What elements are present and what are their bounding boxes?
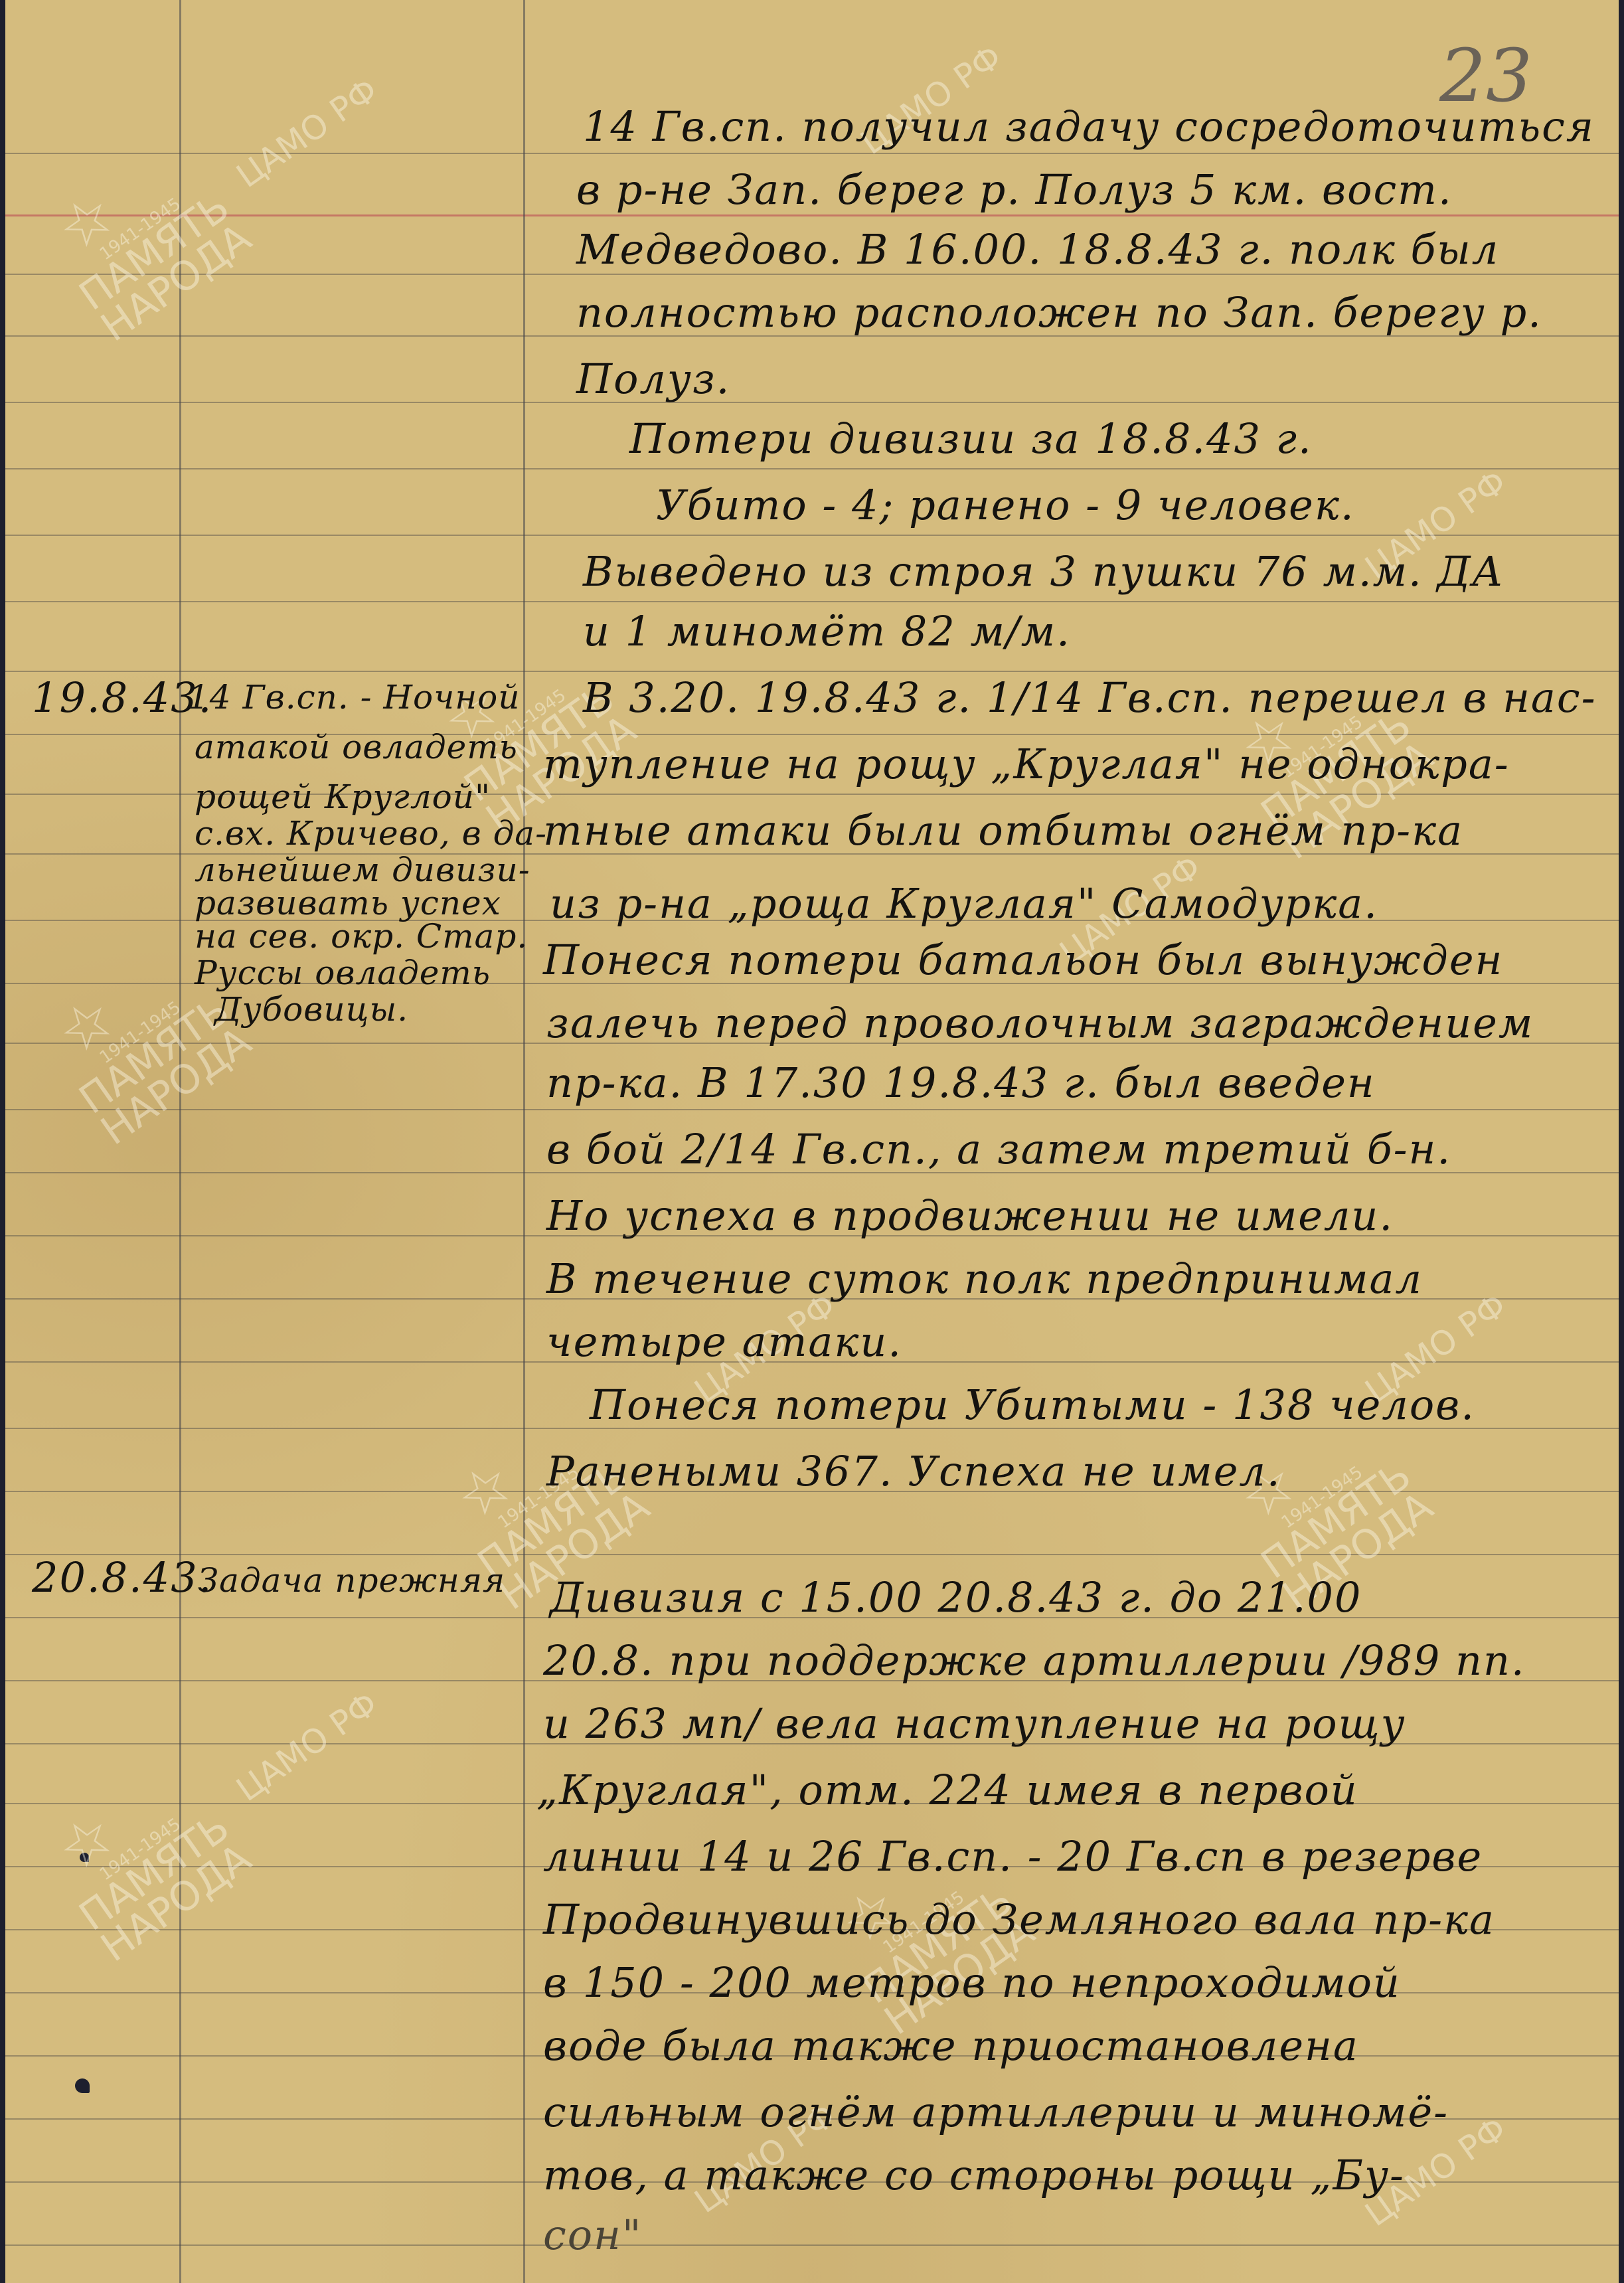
entry-date: 20.8.43. [32,1557,212,1598]
entry-summary-line: развивать успех [195,887,501,920]
text-line: пр-ка. В 17.30 19.8.43 г. был введен [546,1062,1376,1104]
text-line: сон" [543,2215,642,2256]
ruled-line [5,2244,1619,2246]
ruled-line [5,601,1619,602]
text-line: Дивизия с 15.00 20.8.43 г. до 21.00 [550,1577,1362,1618]
watermark-project: ☆ 1941-1945 ПАМЯТЬ НАРОДА [32,1748,258,1968]
text-line: Понеся потери Убитыми - 138 челов. [590,1385,1475,1426]
text-line: и 1 миномёт 82 м/м. [583,611,1071,652]
ledger-page: 23 ЦАМО РФ ЦАМО РФ ЦАМО РФ ЦАМО РФ ЦАМО … [5,0,1619,2283]
text-line: полностью расположен по Зап. берегу р. [576,292,1542,333]
entry-summary-line: Задача прежняя [198,1564,505,1597]
text-line: В 3.20. 19.8.43 г. 1/14 Гв.сп. перешел в… [583,677,1597,719]
watermark-project: ☆ 1941-1945 ПАМЯТЬ НАРОДА [32,127,258,347]
text-line: залечь перед проволочным заграждением [546,1003,1534,1044]
text-line: в р-не Зап. берег р. Полуз 5 км. вост. [576,169,1453,211]
ruled-line [5,274,1619,275]
text-line: Полуз. [576,359,730,400]
text-line: линии 14 и 26 Гв.сп. - 20 Гв.сп в резерв… [543,1836,1483,1877]
column-rule-date [179,0,181,2283]
text-line: воде была также приостановлена [543,2025,1359,2067]
text-line: четыре атаки. [546,1321,902,1363]
text-line: в бой 2/14 Гв.сп., а затем третий б-н. [546,1129,1451,1170]
entry-date: 19.8.43. [32,677,212,719]
text-line: тупление на рощу „Круглая" не однокра- [543,744,1510,785]
ruled-line [5,1109,1619,1110]
column-rule-summary [523,0,525,2283]
entry-summary-line: атакой овладеть [195,730,518,764]
text-line: из р-на „роща Круглая" Самодурка. [550,883,1378,924]
text-line: Понеся потери батальон был вынужден [543,940,1503,981]
text-line: Потери дивизии за 18.8.43 г. [629,418,1313,460]
watermark-archive: ЦАМО РФ [231,73,383,193]
text-line: 14 Гв.сп. получил задачу сосредоточиться [583,106,1595,147]
text-line: в 150 - 200 метров по непроходимой [543,1962,1401,2003]
text-line: тов, а также со стороны рощи „Бу- [543,2155,1405,2196]
text-line: В течение суток полк предпринимал [546,1258,1423,1300]
text-line: 20.8. при поддержке артиллерии /989 пп. [543,1640,1526,1681]
text-line: и 263 мп/ вела наступление на рощу [543,1703,1406,1744]
entry-summary-line: льнейшем дивизи- [195,853,530,887]
text-line: Продвинувшись до Земляного вала пр-ка [543,1899,1495,1940]
ruled-line [5,671,1619,672]
text-line: „Круглая", отм. 224 имея в первой [536,1770,1358,1811]
entry-summary-line: рощей Круглой" [195,780,491,813]
ruled-line [5,468,1619,469]
text-line: Убито - 4; ранено - 9 человек. [656,485,1355,526]
entry-summary-line: Руссы овладеть [195,956,491,989]
ruled-line [5,535,1619,536]
watermark-archive: ЦАМО РФ [231,1687,383,1807]
binding-hole [75,2078,90,2093]
text-line: сильным огнём артиллерии и миномё- [543,2092,1449,2133]
entry-summary-line: с.вх. Кричево, в да- [195,817,547,850]
text-line: Ранеными 367. Успеха не имел. [546,1451,1281,1492]
ruled-line [5,402,1619,403]
text-line: Выведено из строя 3 пушки 76 м.м. ДА [583,551,1504,592]
text-line: Но успеха в продвижении не имели. [546,1195,1394,1236]
ruled-line-red [5,214,1619,216]
text-line: тные атаки были отбиты огнём пр-ка [543,810,1463,851]
entry-summary-line: 14 Гв.сп. - Ночной [188,681,520,714]
entry-summary-line: Дубовицы. [214,993,408,1026]
entry-summary-line: на сев. окр. Стар. [195,920,528,953]
text-line: Медведово. В 16.00. 18.8.43 г. полк был [576,229,1499,270]
